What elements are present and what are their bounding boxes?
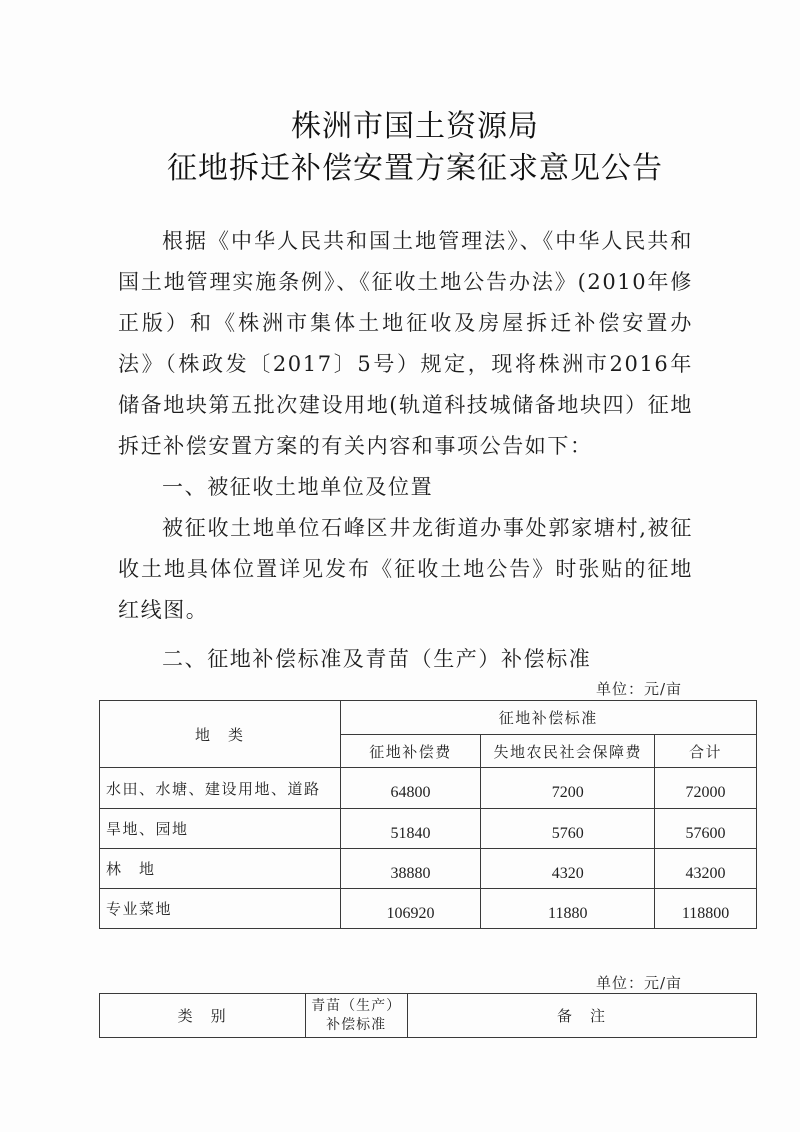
header-total: 合计 [655, 735, 757, 768]
total-cell: 57600 [655, 809, 757, 849]
compensation-cell: 51840 [340, 809, 481, 849]
document-title-subject: 征地拆迁补偿安置方案征求意见公告 [0, 143, 800, 187]
document-body: 根据《中华人民共和国土地管理法》、《中华人民共和国土地管理实施条例》、《征收土地… [118, 221, 693, 680]
table-row: 旱地、园地 51840 5760 57600 [100, 809, 757, 849]
section1-text: 被征收土地单位石峰区井龙街道办事处郭家塘村,被征收土地具体位置详见发布《征收土地… [118, 508, 693, 631]
header-land-type: 地 类 [100, 701, 341, 768]
document-title-agency: 株洲市国土资源局 [0, 101, 800, 145]
social-security-cell: 5760 [481, 809, 655, 849]
crop-compensation-table: 类 别 青苗（生产） 补偿标准 备 注 [99, 993, 757, 1038]
table2-unit-label: 单位：元/亩 [596, 972, 682, 993]
table1-unit-label: 单位：元/亩 [596, 678, 682, 699]
header-compensation-fee: 征地补偿费 [340, 735, 481, 768]
header-crop-standard-line1: 青苗（生产） [306, 997, 407, 1016]
compensation-standard-table: 地 类 征地补偿标准 征地补偿费 失地农民社会保障费 合计 水田、水塘、建设用地… [99, 700, 757, 929]
compensation-cell: 106920 [340, 889, 481, 929]
social-security-cell: 4320 [481, 849, 655, 889]
table1-header-row-1: 地 类 征地补偿标准 [100, 701, 757, 735]
header-crop-standard-line2: 补偿标准 [306, 1016, 407, 1035]
compensation-cell: 64800 [340, 768, 481, 809]
section1-heading: 一、被征收土地单位及位置 [118, 467, 693, 508]
table-row: 林 地 38880 4320 43200 [100, 849, 757, 889]
land-type-cell: 水田、水塘、建设用地、道路 [100, 768, 341, 809]
header-category: 类 别 [100, 994, 306, 1038]
social-security-cell: 7200 [481, 768, 655, 809]
table-row: 水田、水塘、建设用地、道路 64800 7200 72000 [100, 768, 757, 809]
total-cell: 43200 [655, 849, 757, 889]
header-social-security-fee: 失地农民社会保障费 [481, 735, 655, 768]
compensation-cell: 38880 [340, 849, 481, 889]
header-remarks: 备 注 [407, 994, 756, 1038]
land-type-cell: 林 地 [100, 849, 341, 889]
section2-heading: 二、征地补偿标准及青苗（生产）补偿标准 [118, 639, 693, 680]
land-type-cell: 旱地、园地 [100, 809, 341, 849]
document-page: 株洲市国土资源局 征地拆迁补偿安置方案征求意见公告 根据《中华人民共和国土地管理… [0, 0, 800, 1132]
table-row: 专业菜地 106920 11880 118800 [100, 889, 757, 929]
header-compensation-standard: 征地补偿标准 [340, 701, 756, 735]
total-cell: 72000 [655, 768, 757, 809]
table2-header-row: 类 别 青苗（生产） 补偿标准 备 注 [100, 994, 757, 1038]
social-security-cell: 11880 [481, 889, 655, 929]
intro-paragraph: 根据《中华人民共和国土地管理法》、《中华人民共和国土地管理实施条例》、《征收土地… [118, 221, 693, 467]
total-cell: 118800 [655, 889, 757, 929]
land-type-cell: 专业菜地 [100, 889, 341, 929]
header-crop-standard: 青苗（生产） 补偿标准 [305, 994, 407, 1038]
